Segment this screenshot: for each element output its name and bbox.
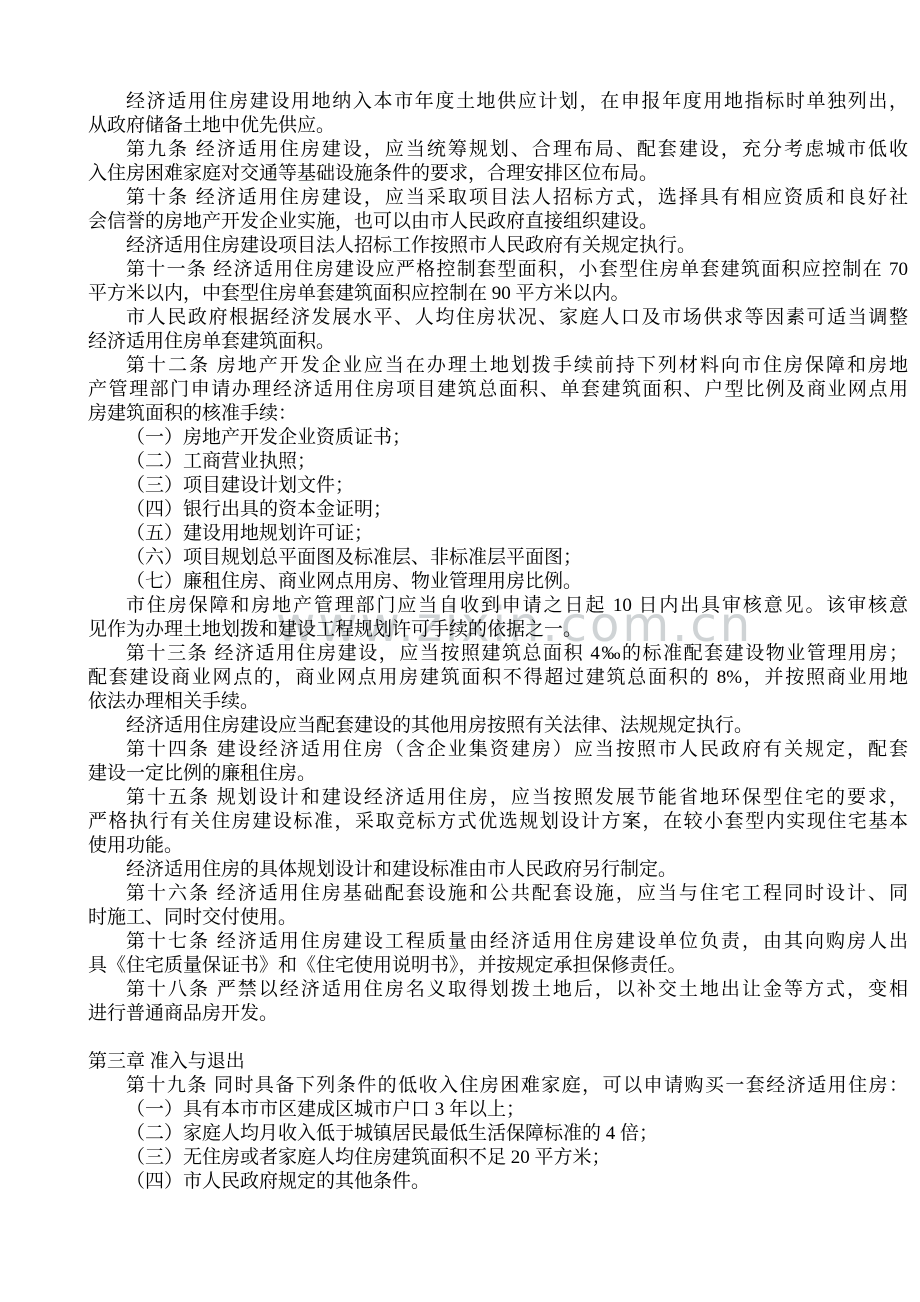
document-line: 进行普通商品房开发。 <box>88 1002 908 1026</box>
document-line: （六）项目规划总平面图及标准层、非标准层平面图； <box>88 546 908 570</box>
document-line: 第十五条 规划设计和建设经济适用住房，应当按照发展节能省地环保型住宅的要求， <box>88 786 908 810</box>
document-line: 市人民政府根据经济发展水平、人均住房状况、家庭人口及市场供求等因素可适当调整 <box>88 306 908 330</box>
document-line: 第十条 经济适用住房建设，应当采取项目法人招标方式，选择具有相应资质和良好社 <box>88 186 908 210</box>
document-line: 从政府储备土地中优先供应。 <box>88 114 908 138</box>
document-line: 经济适用住房建设应当配套建设的其他用房按照有关法律、法规规定执行。 <box>88 714 908 738</box>
document-line: 第十二条 房地产开发企业应当在办理土地划拨手续前持下列材料向市住房保障和房地 <box>88 354 908 378</box>
document-line: 第三章 准入与退出 <box>88 1050 908 1074</box>
document-line: 使用功能。 <box>88 834 908 858</box>
document-line: 第十六条 经济适用住房基础配套设施和公共配套设施，应当与住宅工程同时设计、同 <box>88 882 908 906</box>
document-line: （四）市人民政府规定的其他条件。 <box>88 1170 908 1194</box>
document-line: 第十九条 同时具备下列条件的低收入住房困难家庭，可以申请购买一套经济适用住房： <box>88 1074 908 1098</box>
blank-line <box>88 1026 908 1050</box>
document-line: 经济适用住房的具体规划设计和建设标准由市人民政府另行制定。 <box>88 858 908 882</box>
document-line: （三）无住房或者家庭人均住房建筑面积不足 20 平方米； <box>88 1146 908 1170</box>
document-line: 第十四条 建设经济适用住房（含企业集资建房）应当按照市人民政府有关规定，配套 <box>88 738 908 762</box>
document-line: 第十八条 严禁以经济适用住房名义取得划拨土地后，以补交土地出让金等方式，变相 <box>88 978 908 1002</box>
document-line: 经济适用住房建设用地纳入本市年度土地供应计划，在申报年度用地指标时单独列出， <box>88 90 908 114</box>
document-line: 产管理部门申请办理经济适用住房项目建筑总面积、单套建筑面积、户型比例及商业网点用 <box>88 378 908 402</box>
document-line: 严格执行有关住房建设标准，采取竞标方式优选规划设计方案，在较小套型内实现住宅基本 <box>88 810 908 834</box>
document-page: www.zixin.com.cn 经济适用住房建设用地纳入本市年度土地供应计划，… <box>0 0 920 1302</box>
document-line: 经济适用住房建设项目法人招标工作按照市人民政府有关规定执行。 <box>88 234 908 258</box>
document-line: 时施工、同时交付使用。 <box>88 906 908 930</box>
document-line: （四）银行出具的资本金证明； <box>88 498 908 522</box>
document-line: 会信誉的房地产开发企业实施，也可以由市人民政府直接组织建设。 <box>88 210 908 234</box>
document-line: 配套建设商业网点的，商业网点用房建筑面积不得超过建筑总面积的 8%，并按照商业用… <box>88 666 908 690</box>
document-line: 第十一条 经济适用住房建设应严格控制套型面积，小套型住房单套建筑面积应控制在 7… <box>88 258 908 282</box>
document-line: 第九条 经济适用住房建设，应当统筹规划、合理布局、配套建设，充分考虑城市低收 <box>88 138 908 162</box>
document-line: （七）廉租住房、商业网点用房、物业管理用房比例。 <box>88 570 908 594</box>
document-line: （五）建设用地规划许可证； <box>88 522 908 546</box>
document-line: 入住房困难家庭对交通等基础设施条件的要求，合理安排区位布局。 <box>88 162 908 186</box>
document-line: 平方米以内，中套型住房单套建筑面积应控制在 90 平方米以内。 <box>88 282 908 306</box>
document-line: （三）项目建设计划文件； <box>88 474 908 498</box>
document-line: （二）工商营业执照； <box>88 450 908 474</box>
document-line: （一）房地产开发企业资质证书； <box>88 426 908 450</box>
document-body: 经济适用住房建设用地纳入本市年度土地供应计划，在申报年度用地指标时单独列出，从政… <box>88 90 908 1194</box>
document-line: 市住房保障和房地产管理部门应当自收到申请之日起 10 日内出具审核意见。该审核意 <box>88 594 908 618</box>
document-line: （一）具有本市市区建成区城市户口 3 年以上； <box>88 1098 908 1122</box>
document-line: 见作为办理土地划拨和建设工程规划许可手续的依据之一。 <box>88 618 908 642</box>
document-line: （二）家庭人均月收入低于城镇居民最低生活保障标准的 4 倍； <box>88 1122 908 1146</box>
document-line: 建设一定比例的廉租住房。 <box>88 762 908 786</box>
document-line: 经济适用住房单套建筑面积。 <box>88 330 908 354</box>
document-line: 第十七条 经济适用住房建设工程质量由经济适用住房建设单位负责，由其向购房人出 <box>88 930 908 954</box>
document-line: 依法办理相关手续。 <box>88 690 908 714</box>
document-line: 房建筑面积的核准手续： <box>88 402 908 426</box>
document-line: 具《住宅质量保证书》和《住宅使用说明书》，并按规定承担保修责任。 <box>88 954 908 978</box>
document-line: 第十三条 经济适用住房建设，应当按照建筑总面积 4‰的标准配套建设物业管理用房； <box>88 642 908 666</box>
